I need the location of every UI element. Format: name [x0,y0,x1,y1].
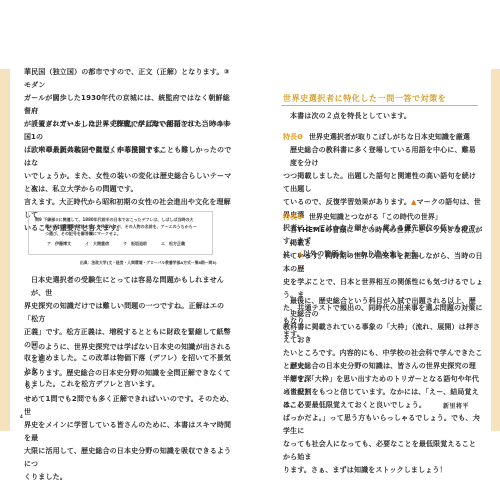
text-line: くりました。 [24,471,234,484]
feature-1-title: 世界史選択者が取りこぼしがちな日本史知識を厳選 [309,133,470,141]
feature-2-heading: 特長❷世界史知識とつながる「この時代の世界」 [283,212,442,222]
text-line: 教科書に掲載されている事象の「大枠」（流れ、展開）は押さえておき [283,321,483,347]
choice-e: エ 松方正義 [161,240,185,247]
text-line: 歴史総合の日本史分野の知識は、皆さんの世界史探究の理解を深 [283,360,483,386]
text-line: 「欧米の最新の装いや髪型」から推測することも難しかったのではな [24,144,234,170]
left-paragraph-5: このように、世界史探究では学ばない日本史の知識が出されること があります。歴史総… [24,341,234,484]
text-line: ります。さぁ、まずは知識をストックしましょう！ [283,464,483,477]
page-number-left: 4 [20,414,23,419]
text-line: 次は、私立大学からの問題です。 [24,183,234,196]
closing-paragraph-2: 歴史総合の日本史分野の知識は、皆さんの世界史探究の理解を深 める役割をもつと信じ… [283,360,483,477]
question-box: 問9 下線部⑤に関連して、1880年代前半の日本でおこったデフレは、しばしば当時… [28,211,213,255]
text-line: れています。同時期の世界の出来事を把握しながら、当時の日本の歴 [283,250,483,276]
choice-u: ウ 板垣退助 [123,240,147,247]
question-source: 出典：法政大学(文・経営・人間環境・グローバル教養学部A方式ー第Ⅱ期ー問3) [80,260,217,266]
text-line: このように、世界史探究では学ばない日本史の知識が出されること [24,341,234,367]
text-line: 最後に、歴史総合という科目が入試で出題される以上、歴史総合の [283,295,483,321]
feature-1-tag: 特長❶ [283,133,303,141]
page-number-right: 5 [477,415,480,420]
feature-2-tag: 特長❷ [283,213,303,221]
text-line: 界史をメインに学習している皆さんのために、本書はスキマ時間を最 [24,419,234,445]
question-text-line: つ選び、その記号を解答欄にマークせよ。 [35,230,206,237]
left-page-tab [0,69,10,431]
text-line: ばっかだよ。」って思う方もいらっしゃるでしょう。でも、大学生に [283,412,483,438]
right-page-tab [491,69,500,431]
text-line: 下線部⑤に関連して、1880年代前半の日本でおこったデフレは、しばしば当時の大 [43,217,193,222]
text-line: 華民国（独立国）の都市ですので、正文（正解）となります。③モダン [24,66,234,92]
text-fragment: ているので、反復学習効果があります。 [283,198,411,206]
text-line: なっても社会人になっても、必要なことを最低限覚えることから始ま [283,438,483,464]
heading-rule [281,105,478,106]
text-line: 各THEMEの冒頭に「この時代の世界」という大きな視点が掲載さ [283,224,483,250]
author-name: 新里将平 [443,401,469,410]
text-line: つつ掲載しました。出題した語句と関連性の高い語句を続けて出題し [283,170,483,196]
question-text-line: 蔵大臣(大蔵卿)の名前を冠して呼ばれるが、その人物の名前を、ア〜エのうちから一 [35,223,206,230]
feature-2-title: 世界史知識とつながる「この時代の世界」 [309,213,442,221]
choice-i: イ 大隈重信 [85,240,109,247]
text-line: 大限に活用して、歴史総合の日本史分野の知識を吸収できるようにつ [24,445,234,471]
text-line: があります。歴史総合の日本史分野の知識を全問正解できなくても、 [24,367,234,393]
text-line: 日本史選択者の受験生にとっては容易な問題かもしれませんが、世 [24,274,234,300]
question-label: 問9 [35,217,42,222]
text-line: せめて1問でも2問でも多く正解できればいいのです。そのため、世 [24,393,234,419]
question-text-line: 問9 下線部⑤に関連して、1880年代前半の日本でおこったデフレは、しばしば当時… [35,216,206,223]
text-line: 歴史総合の教科書に多く登場している用語を中心に、難易度を分け [283,144,483,170]
text-line: 本書は次の２点を特長としています。 [290,110,411,123]
answer-choices: ア 伊藤博文 イ 大隈重信 ウ 板垣退助 エ 松方正義 [35,240,206,247]
section-heading: 世界史選択者に特化した一問一答で対策を [283,93,446,104]
feature-1-heading: 特長❶世界史選択者が取りこぼしがちな日本史知識を厳選 [283,132,470,142]
text-line: ガールが闊歩した1930年代の京城には、統監府ではなく朝鮮総督府 [24,92,234,118]
left-page: 華民国（独立国）の都市ですので、正文（正解）となります。③モダン ガールが闊歩し… [0,0,250,500]
choice-a: ア 伊藤博文 [47,240,71,247]
book-spread: 華民国（独立国）の都市ですので、正文（正解）となります。③モダン ガールが闊歩し… [0,0,500,500]
text-line: 「モダンガール」は世界史探究で学ばない用語ですし、パネル1の [24,118,234,144]
text-line: 界史探究の知識だけでは難しい問題の一つですね。正解はエの「松方 [24,300,234,326]
left-paragraph-3: 次は、私立大学からの問題です。 [24,183,234,196]
intro-text: 本書は次の２点を特長としています。 [290,110,411,123]
